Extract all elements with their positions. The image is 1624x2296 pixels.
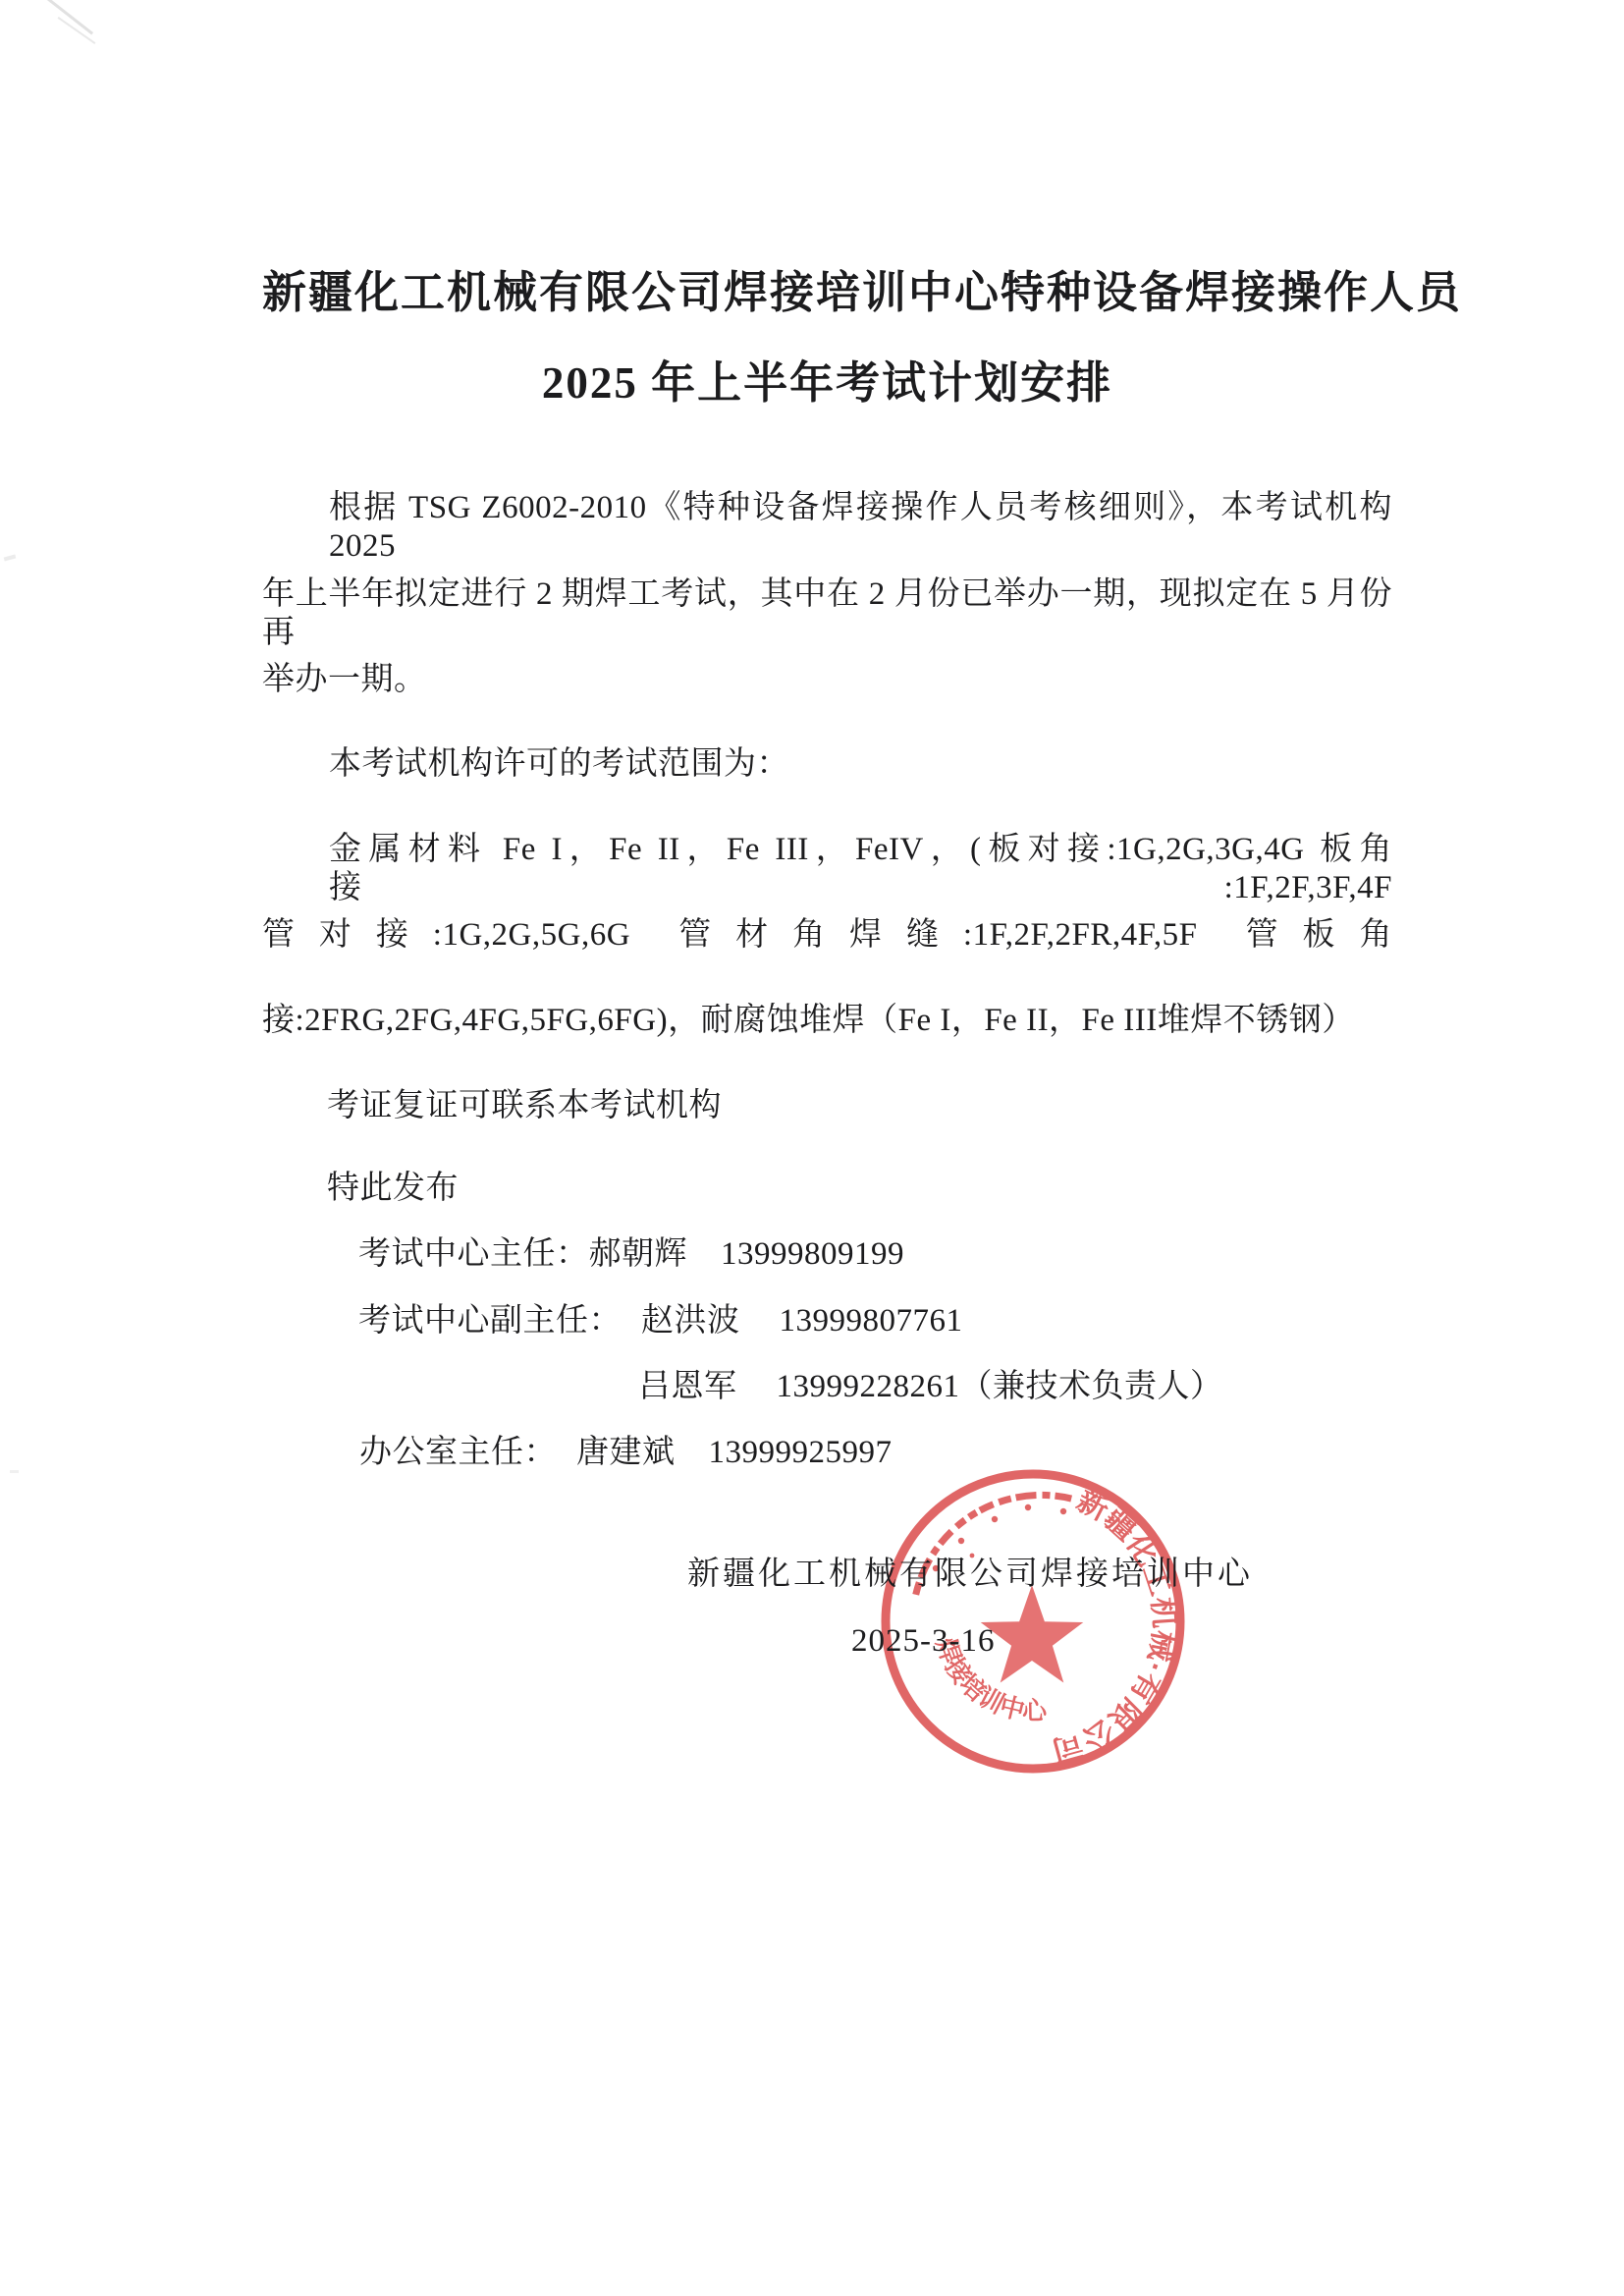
scan-noise-streak [34,0,93,34]
paragraph-basis-line3: 举办一期。 [262,661,427,699]
contact-deputy-label: 考试中心副主任： [358,1303,622,1339]
paragraph-contact-note: 考证复证可联系本考试机构 [327,1087,722,1125]
signature-date: 2025-3-16 [851,1622,995,1661]
contact-row-office-director: 办公室主任：唐建斌13999925997 [359,1434,893,1472]
scan-noise-speck [10,1470,19,1473]
paragraph-basis-line1: 根据 TSG Z6002-2010《特种设备焊接操作人员考核细则》，本考试机构 … [329,489,1392,566]
signature-issuer: 新疆化工机械有限公司焊接培训中心 [687,1556,1253,1594]
seal-star-icon [981,1585,1084,1683]
scanned-document-page: 新疆化工机械·有限公司 焊接培训中心 新疆化工机械有限公司焊接培训中心特种设备焊… [0,0,1624,2296]
paragraph-scope-line1: 金属材料 Fe I，Fe II，Fe III，FeIV，(板对接:1G,2G,3… [329,831,1392,907]
paragraph-scope-line3: 接:2FRG,2FG,4FG,5FG,6FG)，耐腐蚀堆焊（Fe I，Fe II… [262,1002,1355,1040]
contact-office-name: 唐建斌 [576,1435,676,1470]
contact-office-label: 办公室主任： [359,1435,557,1470]
contact-row-deputy2: 吕恩军13999228261（兼技术负责人） [638,1368,1223,1406]
scan-noise-speck [4,555,17,562]
paragraph-announcement: 特此发布 [327,1170,459,1208]
contact-deputy1-name: 赵洪波 [641,1303,740,1339]
official-red-seal: 新疆化工机械·有限公司 焊接培训中心 [879,1465,1189,1776]
document-title-line1: 新疆化工机械有限公司焊接培训中心特种设备焊接操作人员 [262,267,1392,319]
contact-office-phone: 13999925997 [709,1435,893,1470]
paragraph-scope-intro: 本考试机构许可的考试范围为： [329,745,789,784]
contact-deputy2-note: （兼技术负责人） [960,1369,1223,1404]
contact-deputy1-phone: 13999807761 [780,1303,963,1339]
contact-row-deputy-director: 考试中心副主任：赵洪波13999807761 [358,1302,963,1340]
paragraph-scope-line2: 管 对 接 :1G,2G,5G,6G 管 材 角 焊 缝 :1F,2F,2FR,… [262,916,1392,955]
document-title-line2: 2025 年上半年考试计划安排 [262,357,1392,410]
contact-deputy2-phone: 13999228261 [777,1369,960,1404]
paragraph-basis-line2: 年上半年拟定进行 2 期焊工考试，其中在 2 月份已举办一期，现拟定在 5 月份… [262,575,1392,652]
contact-row-director: 考试中心主任：郝朝辉13999809199 [358,1235,904,1274]
contact-director-name: 郝朝辉 [589,1236,688,1272]
contact-director-label: 考试中心主任： [358,1236,589,1272]
contact-director-phone: 13999809199 [721,1236,904,1272]
contact-deputy2-name: 吕恩军 [638,1369,737,1404]
